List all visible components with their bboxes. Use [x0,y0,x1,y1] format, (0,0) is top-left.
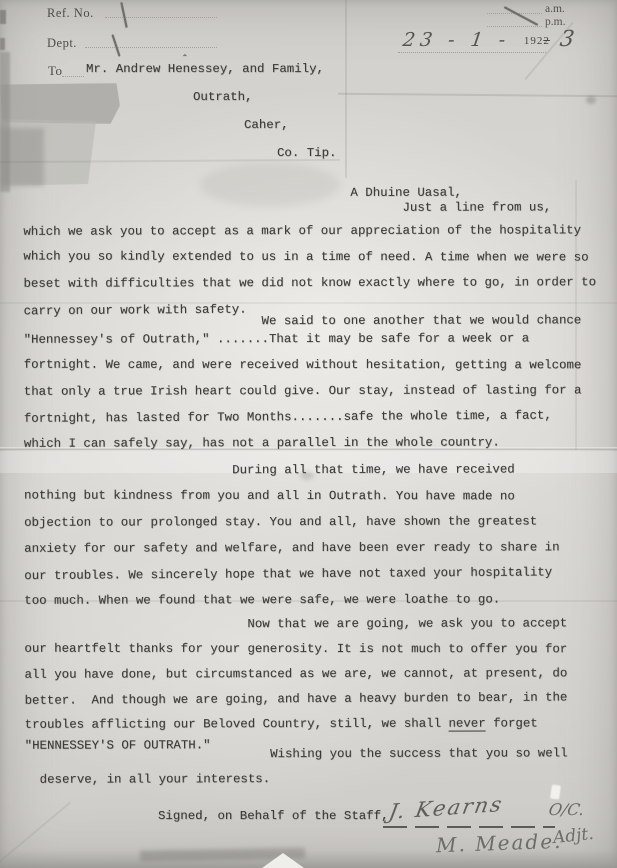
crease-line [338,93,617,97]
edge-mark [0,38,5,50]
tape-stain-lower [0,119,100,186]
to-field-line [62,76,84,77]
letter-line: objection to our prolonged stay. You and… [24,508,609,536]
pen-stroke [120,2,127,28]
signature-role-1: O/C. [547,800,586,819]
crease-line-vertical [345,0,347,178]
caret-mark: ˆ [183,53,187,65]
date-printed-year: 192 [524,35,544,47]
torn-notch [262,853,304,868]
dept-label: Dept. [47,36,77,51]
ampm-block: a.m. p.m. [545,3,565,29]
letter-line: fortnight. We came, and were received wi… [24,352,609,379]
letter-line: fortnight, has lasted for Two Months....… [24,402,609,432]
to-label: To [48,63,63,79]
ref-no-field-line [105,17,217,18]
letter-page: Ref. No. Dept. a.m. p.m. 23 - 1 - 1922 3… [0,0,617,868]
letter-line: carry on our work with safety. [23,294,608,325]
edge-mark [0,10,6,24]
letter-line: which we ask you to accept as a mark of … [23,217,608,245]
letter-line: all you have done, but circumstanced as … [24,660,609,688]
dept-field-line [85,47,217,48]
date-struck-digit: 2 [543,35,550,47]
address-town: Caher, [244,118,289,132]
fox-spot [586,96,596,104]
address-county: Co. Tip. [277,146,337,160]
date-block: 23 - 1 - 1922 3 [403,27,574,52]
signature-role-2: Adjt. [552,824,595,848]
dark-smudge-left [0,128,44,186]
letter-line: "HENNESSEY'S OF OUTRATH." Wishing you th… [25,731,610,759]
letter-line: Now that we are going, we ask you to acc… [24,610,609,638]
letter-line: better. And though we are going, and hav… [24,684,609,714]
letter-line: which I can safely say, has not a parall… [24,429,609,457]
am-label: a.m. [545,3,565,16]
letter-line: which you so kindly extended to us in a … [23,243,608,270]
crease-line-diagonal [0,802,71,863]
date-day-month: 23 - 1 - [401,29,511,51]
letter-line: that only a true Irish heart could give.… [24,377,609,405]
signature-name-2: M. Meade. [436,829,563,857]
edge-shadow-left [0,52,10,192]
signed-typed-line: Signed, on Behalf of the Staff, [158,809,389,823]
signature-name-1: J. Kearns [387,792,506,824]
letter-line: During all that time, we have received [24,456,609,484]
letter-line: our troubles. We sincerely hope that we … [24,559,609,589]
address-townland: Outrath, [193,90,253,104]
ref-no-label: Ref. No. [47,6,94,21]
letter-line: nothing but kindness from you and all in… [24,482,609,509]
date-written-digit: 3 [559,27,577,52]
letter-line: "Hennessey's of Outrath," .......That it… [24,325,609,353]
letter-line: anxiety for our safety and welfare, and … [24,534,609,562]
letter-line: beset with difficulties that we did not … [23,269,608,297]
pen-stroke [111,34,120,56]
letter-line: our heartfelt thanks for your generosity… [24,636,609,663]
pen-stroke [504,6,538,26]
date-field-line [398,52,546,53]
letter-body: A Dhuine Uasal, Just a line from us,whic… [23,179,610,793]
signature-underline [383,826,555,828]
tape-stain [0,83,120,124]
letter-line: deserve, in all your interests. [25,765,610,793]
address-recipient: Mr. Andrew Henessey, and Family, [86,62,324,76]
